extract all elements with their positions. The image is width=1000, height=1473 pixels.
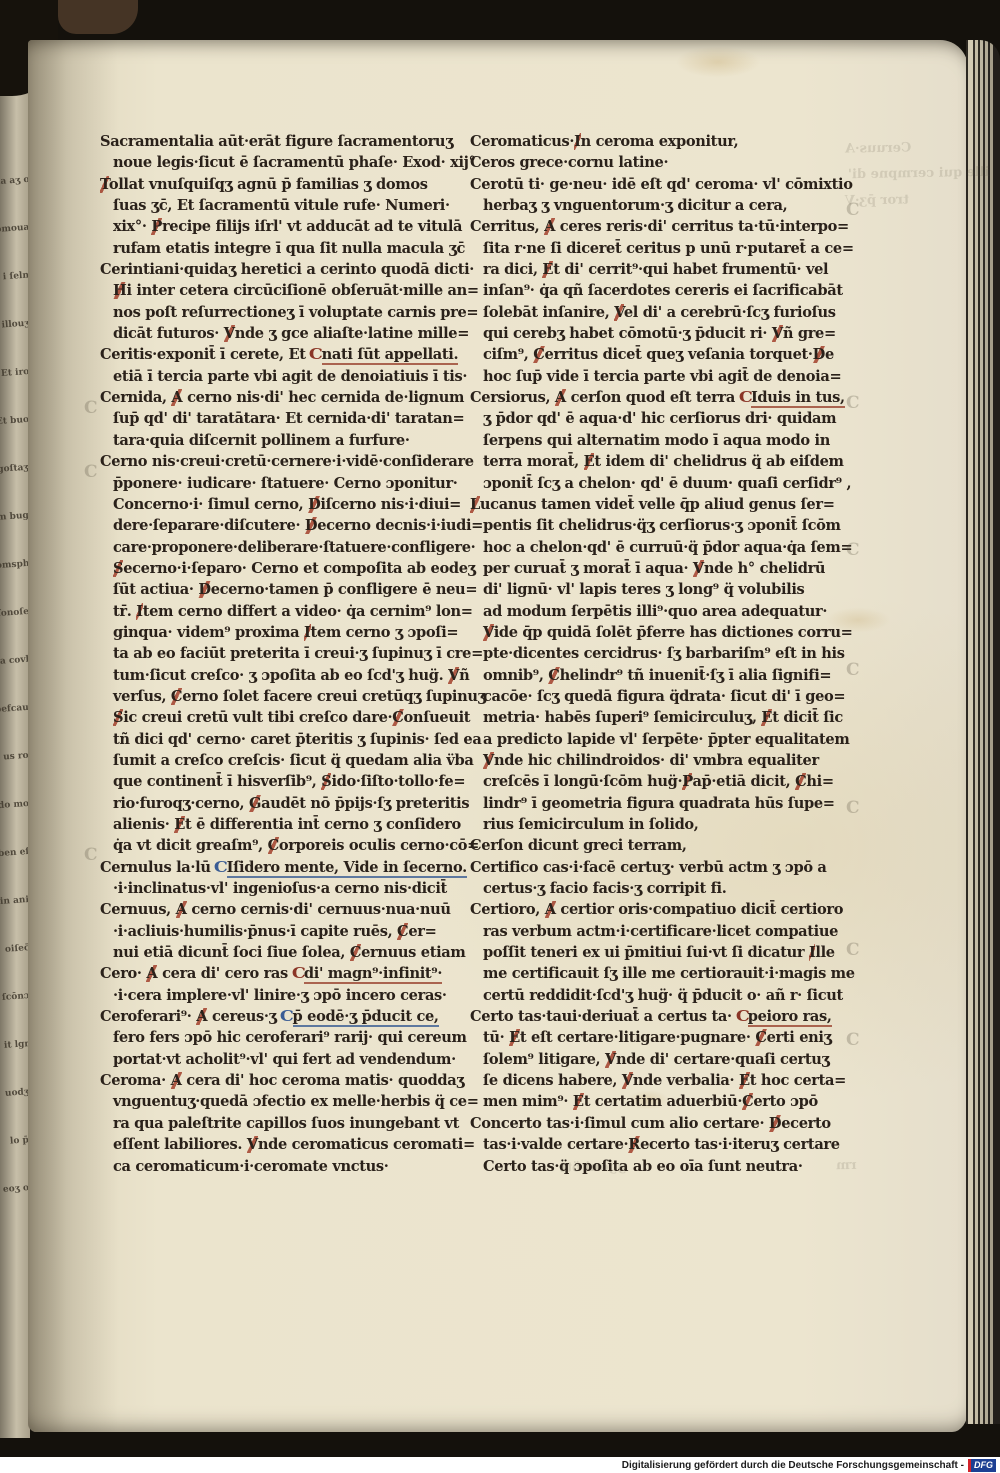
text-segment: ſuas ʒc̄, Et ſacramentū vitule rufe· Num… (113, 197, 450, 214)
text-segment: hi= (806, 773, 833, 790)
text-segment: ecerto (781, 1115, 831, 1132)
text-segment: iſcerno nis·i·diui= (320, 496, 461, 513)
margin-guide-letter: C (846, 1030, 860, 1050)
text-segment: C (171, 688, 182, 705)
facing-page-text-fragment: ōm bug (0, 511, 29, 524)
facing-page-text-fragment: Et iro (0, 367, 29, 379)
text-line: me certificauit ſʒ ille me certiorauit·i… (470, 963, 838, 984)
text-line: Concerno·i· ſimul cerno, Diſcerno nis·i·… (100, 494, 468, 515)
text-segment: ſita r·ne ſi diceret̄ ceritus p unū r·pu… (483, 240, 854, 257)
text-line: ſūt actiua· Decerno·tamen p̄ confligere … (100, 579, 468, 600)
facing-page-text-fragment: ft us ro (0, 751, 29, 764)
text-segment: certior oris·compatiuo dicit̄ certioro (556, 901, 843, 918)
text-segment: nde di' certare·quaſi certuʒ (616, 1051, 829, 1068)
text-line: per curuat̄ ʒ morat̄ ī aqua· Vnde h° che… (470, 558, 838, 579)
text-segment: audēt nō p̄pijs·ſʒ preteritis (261, 795, 469, 812)
text-segment: alienis· (113, 816, 174, 833)
text-segment: E (509, 1029, 520, 1046)
text-line: ſup̄ qd' di' taratātara· Et cernida·di' … (100, 408, 468, 429)
facing-page-text-fragment: ſonoſe (0, 607, 29, 619)
text-line: certus·ʒ facio facis·ʒ corripit fi. (470, 878, 838, 899)
margin-guide-letter: C (846, 200, 860, 220)
text-line: que continent̄ ī hisverſib⁹, Sido·ſiſto·… (100, 771, 468, 792)
text-line: Ceromaticus·In ceroma exponitur, (470, 131, 838, 152)
text-segment: Concerno·i· ſimul cerno, (113, 496, 308, 513)
text-line: qui cerebʒ habet cōmotū·ʒ p̄ducit ri· Vñ… (470, 323, 838, 344)
text-line: ras verbum actm·i·certificare·licet comp… (470, 921, 838, 942)
paragraph-mark: C (739, 387, 753, 408)
text-segment: A (555, 389, 566, 406)
facing-page-text-fragment: fu illouʒ (0, 319, 29, 332)
text-segment: ic creui cretū vult tibi creſco dare· (123, 709, 392, 726)
text-line: certū reddidit·ſcd'ʒ hug̈· q̈ p̄ducit o·… (470, 985, 838, 1006)
text-segment: ap̄·etiā dicit, (692, 773, 795, 790)
text-line: Cero· A cera di' cero ras Cdi' magn⁹·inf… (100, 963, 468, 984)
text-line: ca ceromaticum·i·ceromate vnctus· (100, 1156, 468, 1177)
text-line: di' lignū· vl' lapis teres ʒ long⁹ q̈ vo… (470, 579, 838, 600)
text-segment: qui cerebʒ habet cōmotū·ʒ p̄ducit ri· (483, 325, 772, 342)
bleedthrough-text: Ceruus·A (845, 140, 912, 156)
text-line: ginqua· videm⁹ proxima Item cerno ʒ ɔpoſ… (100, 622, 468, 643)
facing-page-text-fragment: ſcōnɔ (1, 991, 29, 1003)
text-segment: Iſidero mente, Vide in ſecerno. (227, 859, 467, 878)
text-line: tr̄. Item cerno differt a video· q̇a cer… (100, 601, 468, 622)
text-segment: fero fers ɔpō hic ceroferari⁹ rarij· qui… (113, 1029, 467, 1046)
text-segment: Certifico cas·i·facē certuʒ· verbū actm … (470, 859, 827, 876)
text-segment: cerſon quod eſt terra (566, 389, 740, 406)
text-segment: C (755, 1029, 766, 1046)
text-segment: S (113, 560, 123, 577)
text-line: rufam etatis integre ī qua ſit nulla mac… (100, 238, 468, 259)
text-segment: Concerto tas·i·ſimul cum alio certare· (470, 1115, 769, 1132)
paragraph-mark: C (291, 963, 305, 984)
text-segment: recipe filijs iſrl' vt adducāt ad te vit… (162, 218, 462, 235)
text-segment: orporeis oculis cerno·cō= (279, 837, 479, 854)
text-line: Certo tas·q̈ ɔpoſita ab eo oīa ſunt neut… (470, 1156, 838, 1177)
text-segment: ra dici, (483, 261, 542, 278)
text-segment: A (171, 389, 182, 406)
text-segment: ollat vnuſquiſqʒ agnū p̄ familias ʒ domo… (109, 176, 428, 193)
text-line: xix°· Precipe filijs iſrl' vt adducāt ad… (100, 216, 468, 237)
text-line: inſan⁹· q̇a qñ ſacerdotes cereris ei ſac… (470, 280, 838, 301)
facing-page-edge: la aʒ ocōmouadɔ i ſelnfu illouʒEt iroEt … (0, 38, 30, 1438)
text-segment: ecerno decnis·i·iudi= (317, 517, 483, 534)
margin-guide-letter: C (846, 393, 860, 413)
dfg-logo-letters: DFG (971, 1459, 996, 1472)
facing-page-text-fragment: dgoſtaʒ (0, 463, 29, 476)
text-segment: di' magn⁹·infinit⁹· (304, 965, 442, 984)
text-segment: V (605, 1051, 616, 1068)
text-line: ciſm⁹, Cerritus dicet̄ queʒ veſania torq… (470, 344, 838, 365)
text-line: a predicto lapide vl' ſerpēte· p̄pter eq… (470, 729, 838, 750)
text-segment: t certatim aduerbiū· (584, 1093, 742, 1110)
text-segment: S (113, 709, 123, 726)
text-segment: D (769, 1115, 781, 1132)
text-line: ɔponit̄ ſcʒ a chelon· qd' ē duum· quaſi … (470, 473, 838, 494)
text-segment: C (548, 667, 559, 684)
text-segment: nos poſt reſurrectioneʒ ī voluptate carn… (113, 304, 478, 321)
text-segment: ido·ſiſto·tollo·fe= (331, 773, 465, 790)
bleedthrough-text: ille qui cermpne di' (848, 165, 990, 182)
text-line: noue legis·ſicut ē ſacramentū phaſe· Exo… (100, 152, 468, 173)
text-segment: nati ſūt appellati. (322, 346, 459, 365)
text-line: Ceritis·exponit̄ ī cerete, Et Cnati ſūt … (100, 344, 468, 365)
text-line: ad modum ſerpētis illi⁹·quo area adequat… (470, 601, 838, 622)
text-segment: me certificauit ſʒ ille me certiorauit·i… (483, 965, 855, 982)
text-segment: nde ceromaticus ceromati= (258, 1136, 475, 1153)
text-segment: hoc ſup̄ vide ī tercia parte vbi agit̄ d… (483, 368, 841, 385)
text-segment: Ceromaticus· (470, 133, 574, 150)
margin-guide-letter: C (846, 798, 860, 818)
text-segment: ſe dicens habere, (483, 1072, 622, 1089)
text-segment: Iduis in tus, (751, 389, 845, 408)
text-segment: n ceroma exponitur, (581, 133, 739, 150)
text-line: Hi inter cetera circūciſionē obſeruāt·mi… (100, 280, 468, 301)
text-segment: D (308, 496, 320, 513)
text-segment: V (693, 560, 704, 577)
text-line: Cernuus, A cerno cernis·di' cernuus·nua·… (100, 899, 468, 920)
margin-guide-letter: C (84, 845, 98, 865)
text-segment: ras verbum actm·i·certificare·licet comp… (483, 923, 838, 940)
facing-page-text-fragment: oiſec̄ (4, 943, 29, 955)
text-line: Cerno nis·creui·cretū·cernere·i·vidē·con… (100, 451, 468, 472)
text-line: ·i·inclinatus·vl' ingenioſus·a cerno nis… (100, 878, 468, 899)
text-segment: ſumit a creſco creſcis· ſicut q̈ quedam … (113, 752, 474, 769)
text-segment: ginqua· videm⁹ proxima (113, 624, 304, 641)
text-segment: tr̄. (113, 603, 136, 620)
margin-guide-letter: C (846, 660, 860, 680)
text-segment: erti eniʒ (767, 1029, 832, 1046)
text-segment: Certo tas·q̈ ɔpoſita ab eo oīa ſunt neut… (483, 1158, 803, 1175)
text-line: Certo tas·taui·deriuat̄ a certus ta· Cpe… (470, 1006, 838, 1027)
text-segment: ſerpens qui alternatim modo ī aqua modo … (483, 432, 830, 449)
text-line: rius ſemicirculum in ſolido, (470, 814, 838, 835)
binding-edge (58, 0, 138, 34)
text-line: pte·dicentes cercidrus· ſʒ barbariſm⁹ eſ… (470, 643, 838, 664)
text-segment: ucanus tamen videt̄ velle q̄p aliud genu… (480, 496, 835, 513)
facing-page-text-fragment: uodʒ (5, 1087, 30, 1099)
text-segment: ſolem⁹ litigare, (483, 1051, 605, 1068)
text-segment: lle (815, 944, 834, 961)
text-segment: tem cerno ʒ ɔpoſi= (311, 624, 459, 641)
text-segment: E (584, 453, 595, 470)
text-segment: nde h° chelidrū (704, 560, 825, 577)
text-line: Sic creui cretū vult tibi creſco dare·Co… (100, 707, 468, 728)
text-segment: ſūt actiua· (113, 581, 198, 598)
text-line: ſumit a creſco creſcis· ſicut q̈ quedam … (100, 750, 468, 771)
text-segment: S (321, 773, 331, 790)
text-segment: Cernulus la·lū (100, 859, 215, 876)
paragraph-mark: C (214, 857, 228, 878)
facing-page-text-fragment: a a covl (0, 655, 29, 668)
text-segment: ecerto tas·i·iteruʒ certare (640, 1136, 840, 1153)
facing-page-text-fragment: la aʒ o (0, 175, 29, 187)
text-segment: que continent̄ ī hisverſib⁹, (113, 773, 321, 790)
text-segment: dere·ſeparare·diſcutere· (113, 517, 305, 534)
text-line: tū· Et eſt certare·litigare·pugnare· Cer… (470, 1027, 838, 1048)
text-segment: cerno nis·di' hec cernida de·lignum (182, 389, 464, 406)
text-line: omnib⁹, Chelindr⁹ tñ inuenit̄·ſʒ ī alia … (470, 665, 838, 686)
text-segment: t hoc certa= (750, 1072, 846, 1089)
text-segment: erto ɔpō (753, 1093, 818, 1110)
text-line: Sacramentalia aūt·erāt figure ſacramento… (100, 131, 468, 152)
text-segment: Ceroferari⁹· (100, 1008, 196, 1025)
text-segment: Ceroma· (100, 1072, 171, 1089)
text-segment: Cerſon dicunt greci terram, (470, 837, 687, 854)
facing-page-text-fragment: cōmoua (0, 223, 29, 236)
text-segment: Cerritus, (470, 218, 544, 235)
text-segment: care·proponere·deliberare·ſtatuere·confl… (113, 539, 475, 556)
text-segment: cacōe· ſcʒ quedā figura q̈drata· ſicut d… (483, 688, 845, 705)
text-segment: C (268, 837, 279, 854)
facing-page-text-fragment: it lgr (4, 1039, 30, 1051)
text-line: nos poſt reſurrectioneʒ ī voluptate carn… (100, 302, 468, 323)
text-segment: cerno cernis·di' cernuus·nua·nuū (187, 901, 451, 918)
text-line: Cerintiani·quidaʒ heretici a cerinto quo… (100, 259, 468, 280)
text-segment: ecerno·i·ſeparo· Cerno et compoſita ab e… (123, 560, 475, 577)
text-line: hoc a chelon·qd' ē curruū·q̈ p̄dor aqua·… (470, 537, 838, 558)
text-segment: tū· (483, 1029, 509, 1046)
text-segment: t idem di' chelidrus q̈ ab eiſdem (594, 453, 843, 470)
text-segment: cera di' hoc ceroma matis· quoddaʒ (182, 1072, 465, 1089)
facing-page-text-fragment: do mo (0, 799, 29, 811)
text-segment: t eſt certare·litigare·pugnare· (520, 1029, 755, 1046)
text-line: eſſent labiliores. Vnde ceromaticus cero… (100, 1134, 468, 1155)
text-line: etiā ī tercia parte vbi agit de denoiati… (100, 366, 468, 387)
text-segment: ide q̄p quidā ſolēt p̄ferre has dictione… (494, 624, 853, 641)
text-segment: A (146, 965, 157, 982)
text-segment: onſueuit (404, 709, 471, 726)
text-line: Cerſon dicunt greci terram, (470, 835, 838, 856)
bleedthrough-text: ggoni ött (560, 1159, 627, 1175)
text-segment: V (483, 624, 494, 641)
margin-guide-letter: C (846, 940, 860, 960)
text-line: dicāt futuros· Vnde ʒ gce aliaſte·latine… (100, 323, 468, 344)
text-segment: metria· habēs ſuperi⁹ ſemicirculuʒ, (483, 709, 761, 726)
facing-page-text-fragment: befcau (0, 703, 29, 715)
paragraph-mark: C (280, 1006, 294, 1027)
text-segment: rufam etatis integre ī qua ſit nulla mac… (113, 240, 465, 257)
text-segment: ·i·cera implere·vl' linire·ʒ ɔpō incero … (113, 987, 447, 1004)
text-segment: ta ab eo faciūt preterita ī creui·ʒ ſupi… (113, 645, 483, 662)
text-segment: helindr⁹ tñ inuenit̄·ſʒ ī alia ſignifi= (560, 667, 832, 684)
text-line: terra morat̄, Et idem di' chelidrus q̈ a… (470, 451, 838, 472)
text-segment: xix°· (113, 218, 151, 235)
text-segment: poſſit teneri ex ui p̄mitiui ſui·vt ſi d… (483, 944, 809, 961)
text-line: Lucanus tamen videt̄ velle q̄p aliud gen… (470, 494, 838, 515)
text-line: Cersiorus, A cerſon quod eſt terra CIdui… (470, 387, 838, 408)
facing-page-text-fragment: omsph (0, 559, 29, 571)
text-segment: E (174, 816, 185, 833)
text-segment: ñ gre= (783, 325, 836, 342)
text-segment: T (100, 176, 109, 193)
text-line: Cerritus, A ceres reris·di' cerritus ta·… (470, 216, 838, 237)
bleedthrough-text: rm (836, 1158, 857, 1173)
text-segment: V (448, 667, 459, 684)
text-line: herbaʒ ʒ vnguentorum·ʒ dicitur a cera, (470, 195, 838, 216)
text-line: creſcēs ī longū·ſcōm hug̈·Pap̄·etiā dici… (470, 771, 838, 792)
text-line: ſuas ʒc̄, Et ſacramentū vitule rufe· Num… (100, 195, 468, 216)
text-segment: A (545, 901, 556, 918)
facing-page-text-fragment: in ani (0, 895, 29, 907)
facing-page-text-fragment: dɔ i ſeln (0, 271, 29, 284)
text-segment: ſolebāt inſanire, (483, 304, 614, 321)
watermark-text: Digitalisierung gefördert durch die Deut… (622, 1460, 964, 1471)
text-segment: H (113, 282, 126, 299)
text-segment: e (825, 346, 834, 363)
text-segment: Certo tas·taui·deriuat̄ a certus ta· (470, 1008, 737, 1025)
scanned-manuscript-page: la aʒ ocōmouadɔ i ſelnfu illouʒEt iroEt … (0, 0, 1000, 1473)
text-line: dere·ſeparare·diſcutere· Decerno decnis·… (100, 515, 468, 536)
margin-guide-letter: C (84, 398, 98, 418)
text-segment: ad modum ſerpētis illi⁹·quo area adequat… (483, 603, 827, 620)
margin-guide-letter: C (846, 540, 860, 560)
text-segment: erno ſolet facere creui cretūqʒ ſupinuʒ (182, 688, 485, 705)
text-line: verſus, Cerno ſolet facere creui cretūqʒ… (100, 686, 468, 707)
text-line: ſita r·ne ſi diceret̄ ceritus p unū r·pu… (470, 238, 838, 259)
text-line: metria· habēs ſuperi⁹ ſemicirculuʒ, Et d… (470, 707, 838, 728)
text-segment: E (542, 261, 553, 278)
facing-page-text-fragment: eoʒ o (3, 1183, 30, 1195)
text-segment: a predicto lapide vl' ſerpēte· p̄pter eq… (483, 731, 849, 748)
text-segment: R (628, 1136, 640, 1153)
text-segment: Cernida, (100, 389, 171, 406)
text-segment: men mim⁹· (483, 1093, 573, 1110)
text-line: hoc ſup̄ vide ī tercia parte vbi agit̄ d… (470, 366, 838, 387)
text-segment: ecerno·tamen p̄ confligere ē neu= (211, 581, 478, 598)
text-segment: cera di' cero ras (157, 965, 292, 982)
text-line: cacōe· ſcʒ quedā figura q̈drata· ſicut d… (470, 686, 838, 707)
text-segment: omnib⁹, (483, 667, 548, 684)
text-line: Ceroma· A cera di' hoc ceroma matis· quo… (100, 1070, 468, 1091)
margin-guide-letter: C (84, 462, 98, 482)
text-segment: G (249, 795, 261, 812)
text-segment: ʒ p̄dor qd' ē aqua·d' hic cerſiorus dri·… (483, 410, 836, 427)
text-segment: portat·vt acholit⁹·vl' qui fert ad vende… (113, 1051, 456, 1068)
text-segment: C (397, 923, 408, 940)
text-segment: Ceros grece·cornu latine· (470, 154, 668, 171)
page-edge-stack (966, 40, 1000, 1424)
text-segment: ɔponit̄ ſcʒ a chelon· qd' ē duum· quaſi … (483, 475, 851, 492)
text-segment: ·i·acliuis·humilis·p̄nus·ī capite ruēs, (113, 923, 397, 940)
text-segment: ernuus etiam (361, 944, 465, 961)
text-segment: t di' cerrit⁹·qui habet frumentū· vel (553, 261, 828, 278)
text-segment: cereus·ʒ (207, 1008, 281, 1025)
paragraph-mark: C (309, 344, 323, 365)
text-line: ʒ p̄dor qd' ē aqua·d' hic cerſiorus dri·… (470, 408, 838, 429)
facing-page-text-fragment: ben eſ (0, 847, 29, 859)
text-segment: C (795, 773, 806, 790)
paragraph-mark: C (735, 1006, 749, 1027)
text-line: vnguentuʒ·quedā ɔfectio ex melle·herbis … (100, 1091, 468, 1112)
text-segment: p̄ponere· iudicare· ſtatuere· Cerno ɔpon… (113, 475, 458, 492)
text-segment: C (350, 944, 361, 961)
text-segment: C (392, 709, 403, 726)
dfg-logo: DFG (968, 1459, 996, 1472)
text-segment: D (198, 581, 210, 598)
text-segment: E (761, 709, 772, 726)
text-segment: el di' a cerebrū·ſcʒ furioſus (624, 304, 836, 321)
text-segment: dicāt futuros· (113, 325, 224, 342)
text-column-left: Sacramentalia aūt·erāt figure ſacramento… (100, 131, 468, 1177)
text-line: ra qua paleſtrite capillos ſuos inungeba… (100, 1113, 468, 1134)
text-segment: tara·quia diſcernit pollinem a furfure· (113, 432, 410, 449)
text-line: pentis ſit chelidrus·q̈ʒ cerſiorus·ʒ ɔpo… (470, 515, 838, 536)
text-segment: eſſent labiliores. (113, 1136, 247, 1153)
text-line: rio·furoqʒ·cerno, Gaudēt nō p̄pijs·ſʒ pr… (100, 793, 468, 814)
text-segment: V (247, 1136, 258, 1153)
text-segment: pte·dicentes cercidrus· ſʒ barbariſm⁹ eſ… (483, 645, 845, 662)
text-segment: peioro ras, (748, 1008, 832, 1027)
text-line: Cernulus la·lū CIſidero mente, Vide in ſ… (100, 857, 468, 878)
text-segment: nde ʒ gce aliaſte·latine mille= (235, 325, 469, 342)
text-segment: Sacramentalia aūt·erāt figure ſacramento… (100, 133, 453, 150)
text-segment: Cerno nis·creui·cretū·cernere·i·vidē·con… (100, 453, 474, 470)
text-segment: E (573, 1093, 584, 1110)
text-segment: D (305, 517, 317, 534)
text-column-right: Ceromaticus·In ceroma exponitur,Ceros gr… (470, 131, 838, 1177)
text-line: ſolebāt inſanire, Vel di' a cerebrū·ſcʒ … (470, 302, 838, 323)
text-line: ſerpens qui alternatim modo ī aqua modo … (470, 430, 838, 451)
text-segment: Cerotū ti· ge·neu· idē eſt qd' ceroma· v… (470, 176, 853, 193)
text-segment: certū reddidit·ſcd'ʒ hug̈· q̈ p̄ducit o·… (483, 987, 843, 1004)
text-line: fero fers ɔpō hic ceroferari⁹ rarij· qui… (100, 1027, 468, 1048)
text-segment: ra qua paleſtrite capillos ſuos inungeba… (113, 1115, 459, 1132)
text-segment: A (171, 1072, 182, 1089)
text-line: Concerto tas·i·ſimul cum alio certare· D… (470, 1113, 838, 1134)
text-segment: E (739, 1072, 750, 1089)
text-segment: certus·ʒ facio facis·ʒ corripit fi. (483, 880, 726, 897)
text-line: Cernida, A cerno nis·di' hec cernida de·… (100, 387, 468, 408)
text-line: care·proponere·deliberare·ſtatuere·confl… (100, 537, 468, 558)
text-segment: tum·ſicut creſco· ʒ ɔpoſita ab eo ſcd'ʒ … (113, 667, 448, 684)
text-segment: Cerintiani·quidaʒ heretici a cerinto quo… (100, 261, 474, 278)
text-line: Vide q̄p quidā ſolēt p̄ferre has diction… (470, 622, 838, 643)
text-segment: ſup̄ qd' di' taratātara· Et cernida·di' … (113, 410, 464, 427)
text-segment: p̄ eodē·ʒ p̄ducit ce, (293, 1008, 439, 1027)
text-segment: verſus, (113, 688, 171, 705)
text-segment: tem cerno differt a video· q̇a cernim⁹ l… (143, 603, 473, 620)
text-line: nui etiā dicunt̄ ſoci ſiue ſolea, Cernuu… (100, 942, 468, 963)
text-line: p̄ponere· iudicare· ſtatuere· Cerno ɔpon… (100, 473, 468, 494)
text-line: ra dici, Et di' cerrit⁹·qui habet frumen… (470, 259, 838, 280)
text-segment: pentis ſit chelidrus·q̈ʒ cerſiorus·ʒ ɔpo… (483, 517, 841, 534)
watermark-bar: Digitalisierung gefördert durch die Deut… (0, 1457, 1000, 1473)
text-line: ·i·acliuis·humilis·p̄nus·ī capite ruēs, … (100, 921, 468, 942)
text-segment: nde hic chilindroidos· di' vmbra equalit… (494, 752, 819, 769)
text-segment: V (772, 325, 783, 342)
text-segment: nde verbalia· (633, 1072, 739, 1089)
text-segment: erritus dicet̄ queʒ veſania torquet· (545, 346, 813, 363)
text-segment: V (622, 1072, 633, 1089)
text-segment: Cernuus, (100, 901, 176, 918)
text-line: poſſit teneri ex ui p̄mitiui ſui·vt ſi d… (470, 942, 838, 963)
text-segment: etiā ī tercia parte vbi agit de denoiati… (113, 368, 467, 385)
text-segment: per curuat̄ ʒ morat̄ ī aqua· (483, 560, 693, 577)
text-segment: tas·i·valde certare· (483, 1136, 628, 1153)
text-segment: lindr⁹ ī geometria figura quadrata hūs ſ… (483, 795, 835, 812)
text-segment: tñ dici qd' cerno· caret p̄teritis ʒ ſup… (113, 731, 481, 748)
text-line: tara·quia diſcernit pollinem a furfure· (100, 430, 468, 451)
text-line: ·i·cera implere·vl' linire·ʒ ɔpō incero … (100, 985, 468, 1006)
text-line: Cerotū ti· ge·neu· idē eſt qd' ceroma· v… (470, 174, 838, 195)
text-segment: t ē differentia int̄ cerno ʒ conſidero (185, 816, 461, 833)
text-segment: rius ſemicirculum in ſolido, (483, 816, 699, 833)
text-segment: creſcēs ī longū·ſcōm hug̈· (483, 773, 682, 790)
text-segment: hoc a chelon·qd' ē curruū·q̈ p̄dor aqua·… (483, 539, 852, 556)
text-line: lindr⁹ ī geometria figura quadrata hūs ſ… (470, 793, 838, 814)
text-line: alienis· Et ē differentia int̄ cerno ʒ c… (100, 814, 468, 835)
